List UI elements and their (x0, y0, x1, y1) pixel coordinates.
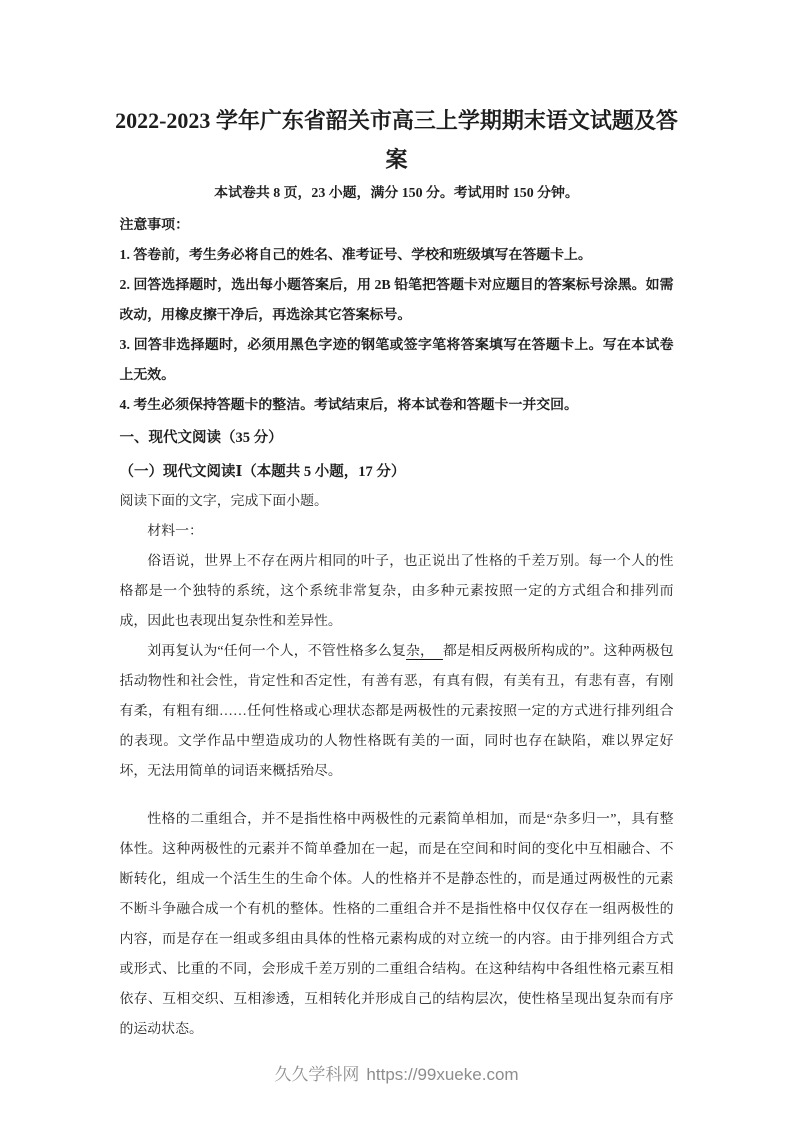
subsection-heading-reading-one: （一）现代文阅读Ⅰ（本题共 5 小题，17 分） (120, 457, 674, 487)
notice-heading: 注意事项： (120, 211, 674, 241)
passage-paragraph-1: 俗语说，世界上不存在两片相同的叶子，也正说出了性格的千差万别。每一个人的性格都是… (120, 547, 674, 637)
notice-item-4: 4. 考生必须保持答题卡的整洁。考试结束后，将本试卷和答题卡一并交回。 (120, 391, 674, 421)
reading-instruction: 阅读下面的文字，完成下面小题。 (120, 487, 674, 517)
exam-info-line: 本试卷共 8 页，23 小题，满分 150 分。考试用时 150 分钟。 (120, 179, 674, 209)
watermark-site-url: https://99xueke.com (366, 1065, 518, 1084)
passage-text-after-underline: 都是相反两极所构成的”。这种两极包括动物性和社会性，肯定性和否定性，有善有恶，有… (120, 644, 674, 779)
notice-item-3: 3. 回答非选择题时，必须用黑色字迹的钢笔或签字笔将答案填写在答题卡上。写在本试… (120, 331, 674, 391)
passage-paragraph-2: 刘再复认为“任何一个人，不管性格多么复杂，都是相反两极所构成的”。这种两极包括动… (120, 637, 674, 787)
watermark-footer: 久久学科网https://99xueke.com (0, 1062, 793, 1088)
watermark-site-name: 久久学科网 (274, 1065, 359, 1084)
page-title: 2022-2023 学年广东省韶关市高三上学期期末语文试题及答案 (107, 101, 687, 179)
notice-item-1: 1. 答卷前，考生务必将自己的姓名、准考证号、学校和班级填写在答题卡上。 (120, 241, 674, 271)
underlined-phrase: 杂， (406, 644, 443, 660)
passage-text-before-underline: 刘再复认为“任何一个人，不管性格多么复 (147, 644, 406, 659)
passage-paragraph-3: 性格的二重组合，并不是指性格中两极性的元素简单相加，而是“杂多归一”，具有整体性… (120, 805, 674, 1045)
document-page: 2022-2023 学年广东省韶关市高三上学期期末语文试题及答案 本试卷共 8 … (0, 0, 793, 1045)
material-one-label: 材料一： (120, 517, 674, 547)
section-heading-modern-reading: 一、现代文阅读（35 分） (120, 423, 674, 453)
document-body: 本试卷共 8 页，23 小题，满分 150 分。考试用时 150 分钟。 注意事… (120, 179, 674, 1045)
notice-section: 注意事项： 1. 答卷前，考生务必将自己的姓名、准考证号、学校和班级填写在答题卡… (120, 211, 674, 421)
notice-item-2: 2. 回答选择题时，选出每小题答案后，用 2B 铅笔把答题卡对应题目的答案标号涂… (120, 271, 674, 331)
